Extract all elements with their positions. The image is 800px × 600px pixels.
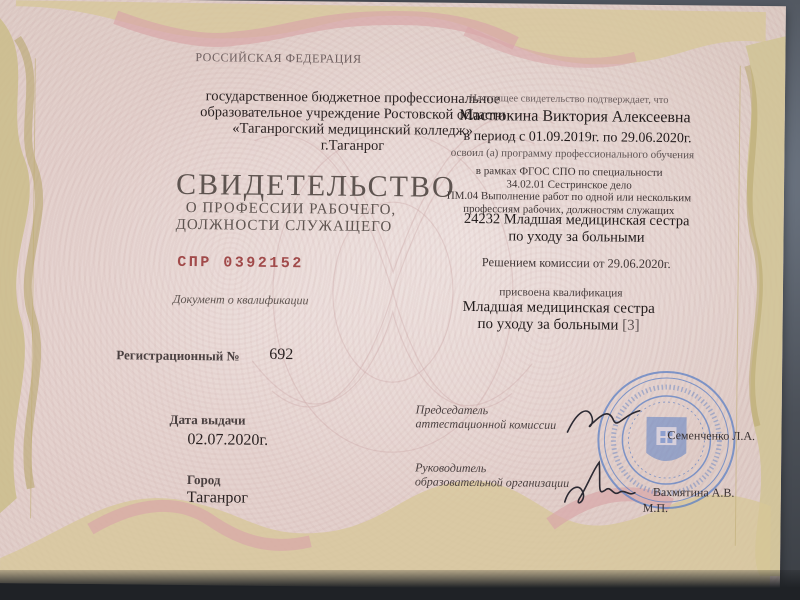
head-label-line-2: образовательной организации xyxy=(415,474,569,490)
holder-full-name: Мастюкина Виктория Алексеевна xyxy=(459,107,691,127)
holder-intro: Настоящее свидетельство подтверждает, чт… xyxy=(469,93,668,106)
qualification-level: [3] xyxy=(622,318,640,334)
program-statement: освоил (а) программу профессионального о… xyxy=(451,147,694,162)
seal-mark: М.П. xyxy=(643,501,668,516)
chair-name: Семенченко Л.А. xyxy=(667,428,755,444)
head-name: Вахмятина А.В. xyxy=(653,485,735,501)
country-label: РОССИЙСКАЯ ФЕДЕРАЦИЯ xyxy=(195,50,361,67)
registration-number: 692 xyxy=(269,346,293,364)
document-subtitle: О ПРОФЕССИИ РАБОЧЕГО, ДОЛЖНОСТИ СЛУЖАЩЕГ… xyxy=(176,200,397,236)
city-value: Таганрог xyxy=(187,489,248,508)
qualification-assigned-label: присвоена квалификация xyxy=(499,286,622,299)
qualification-line-2: по уходу за больными [3] xyxy=(462,316,654,335)
fgos-block: в рамках ФГОС СПО по специальности 34.02… xyxy=(447,165,692,218)
profession-line-1: 24232 Младшая медицинская сестра xyxy=(464,211,690,230)
certificate-paper: РОССИЙСКАЯ ФЕДЕРАЦИЯ государственное бюд… xyxy=(0,0,786,591)
serial-number: СПР 0392152 xyxy=(177,254,304,272)
profession-block: 24232 Младшая медицинская сестра по уход… xyxy=(464,211,690,247)
table-surface xyxy=(0,570,800,600)
chair-label-line-2: аттестационной комиссии xyxy=(415,416,556,431)
qualification-line-2-text: по уходу за больными xyxy=(477,316,618,333)
qualification-block: Младшая медицинская сестра по уходу за б… xyxy=(462,299,654,335)
fgos-line-1: в рамках ФГОС СПО по специальности xyxy=(447,165,692,180)
registration-label: Регистрационный № xyxy=(116,347,240,364)
issue-date-value: 02.07.2020г. xyxy=(187,431,268,450)
issue-date-label: Дата выдачи xyxy=(170,412,246,429)
document-kind: Документ о квалификации xyxy=(173,292,309,308)
commission-decision: Решением комиссии от 29.06.2020г. xyxy=(482,255,671,272)
document-title: СВИДЕТЕЛЬСТВО xyxy=(176,168,456,205)
head-label: Руководитель образовательной организации xyxy=(415,460,569,490)
qualification-line-1: Младшая медицинская сестра xyxy=(463,299,655,318)
study-period: в период с 01.09.2019г. по 29.06.2020г. xyxy=(463,129,691,147)
subtitle-line-2: ДОЛЖНОСТИ СЛУЖАЩЕГО xyxy=(176,217,397,236)
profession-line-2: по уходу за больными xyxy=(464,228,690,247)
chair-label-line-1: Председатель xyxy=(416,402,557,417)
chair-label: Председатель аттестационной комиссии xyxy=(415,402,556,431)
city-label: Город xyxy=(187,472,221,488)
